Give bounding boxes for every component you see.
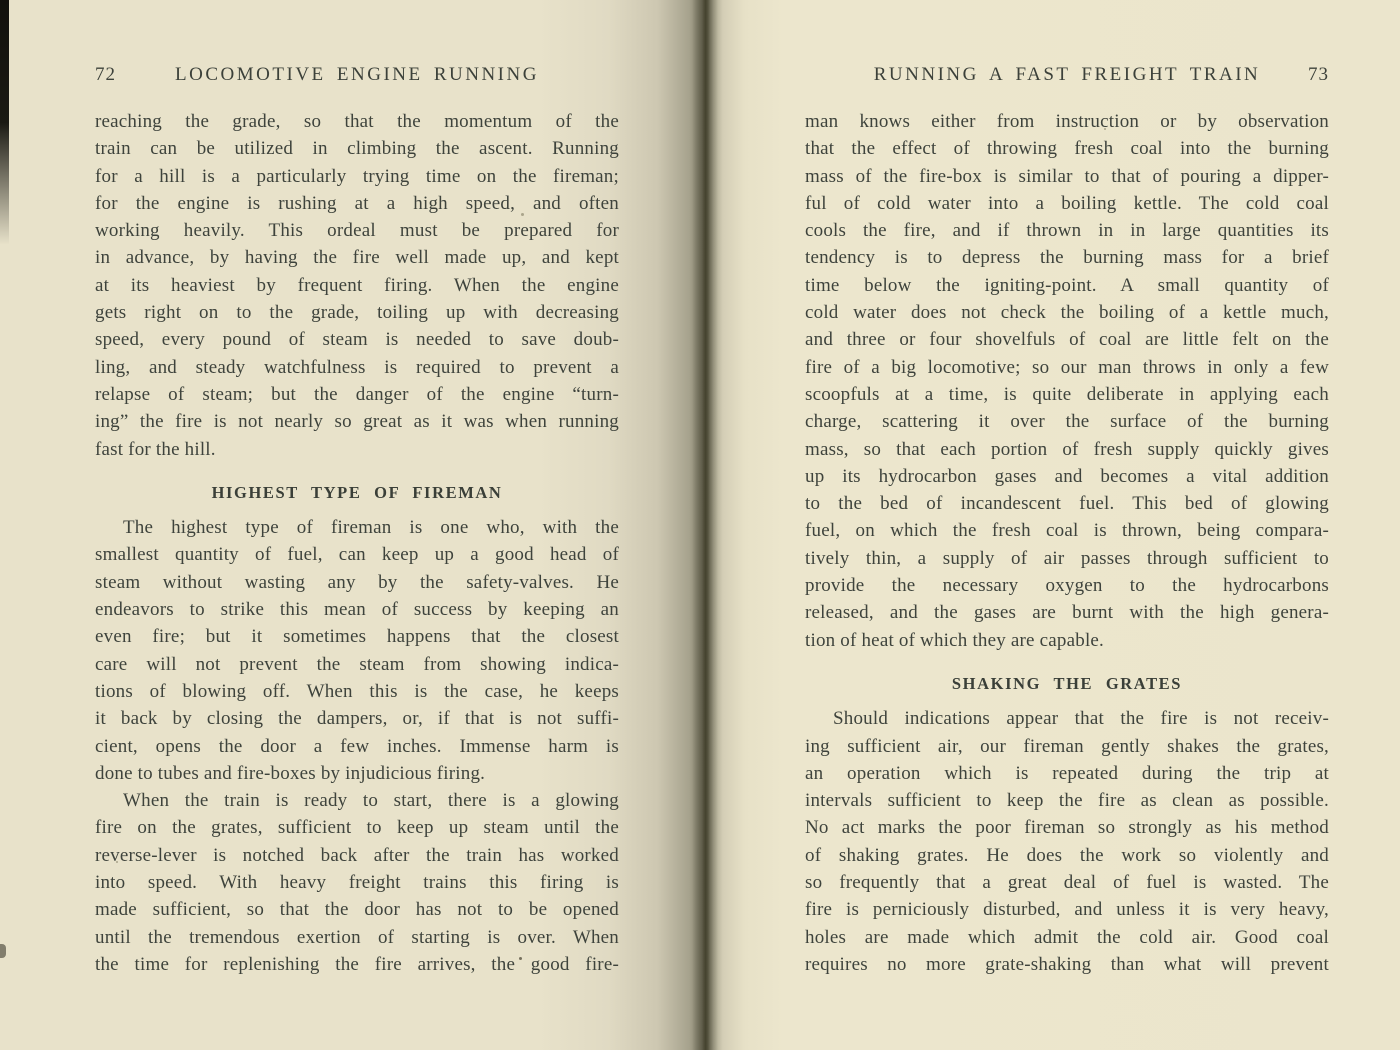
paragraph: When the train is ready to start, there …	[95, 787, 619, 978]
scan-speck	[1104, 128, 1106, 130]
page-number-right: 73	[1308, 62, 1329, 88]
text-line: mass of the fire-box is similar to that …	[805, 163, 1329, 190]
text-line: holes are made which admit the cold air.…	[805, 924, 1329, 951]
text-line: ing” the fire is not nearly so great as …	[95, 408, 619, 435]
text-line: to the bed of incandescent fuel. This be…	[805, 490, 1329, 517]
text-line: man knows either from instruction or by …	[805, 108, 1329, 135]
text-line: reaching the grade, so that the momentum…	[95, 108, 619, 135]
book-gutter-shadow	[692, 0, 718, 1050]
scan-speck	[521, 213, 524, 216]
page-right: RUNNING A FAST FREIGHT TRAIN 73 man know…	[707, 0, 1400, 1050]
text-line: for a hill is a particularly trying time…	[95, 163, 619, 190]
text-line: tion of heat of which they are capable.	[805, 627, 1329, 654]
text-line: Should indications appear that the fire …	[805, 705, 1329, 732]
paragraph: The highest type of fireman is one who, …	[95, 514, 619, 787]
text-line: care will not prevent the steam from sho…	[95, 651, 619, 678]
text-line: The highest type of fireman is one who, …	[95, 514, 619, 541]
text-line: the time for replenishing the fire arriv…	[95, 951, 619, 978]
text-line: of shaking grates. He does the work so v…	[805, 842, 1329, 869]
page-header-left: 72 LOCOMOTIVE ENGINE RUNNING	[95, 62, 619, 88]
text-line: intervals sufficient to keep the fire as…	[805, 787, 1329, 814]
text-line: tendency is to depress the burning mass …	[805, 244, 1329, 271]
text-line: ful of cold water into a boiling kettle.…	[805, 190, 1329, 217]
text-line: made sufficient, so that the door has no…	[95, 896, 619, 923]
text-line: No act marks the poor fireman so strongl…	[805, 814, 1329, 841]
text-line: speed, every pound of steam is needed to…	[95, 326, 619, 353]
text-line: cient, opens the door a few inches. Imme…	[95, 733, 619, 760]
page-left: 72 LOCOMOTIVE ENGINE RUNNING reaching th…	[0, 0, 707, 1050]
text-line: into speed. With heavy freight trains th…	[95, 869, 619, 896]
text-line: even fire; but it sometimes happens that…	[95, 623, 619, 650]
text-line: mass, so that each portion of fresh supp…	[805, 436, 1329, 463]
running-head-right: RUNNING A FAST FREIGHT TRAIN	[805, 62, 1329, 88]
text-line: released, and the gases are burnt with t…	[805, 599, 1329, 626]
text-line: scoopfuls at a time, is quite deliberate…	[805, 381, 1329, 408]
page-header-right: RUNNING A FAST FREIGHT TRAIN 73	[805, 62, 1329, 88]
running-head-left: LOCOMOTIVE ENGINE RUNNING	[95, 62, 619, 88]
text-line: so frequently that a great deal of fuel …	[805, 869, 1329, 896]
text-line: up its hydrocarbon gases and becomes a v…	[805, 463, 1329, 490]
text-line: for the engine is rushing at a high spee…	[95, 190, 619, 217]
scan-edge-mark	[0, 944, 6, 958]
text-line: train can be utilized in climbing the as…	[95, 135, 619, 162]
text-line: until the tremendous exertion of startin…	[95, 924, 619, 951]
page-body-right: man knows either from instruction or by …	[805, 108, 1329, 978]
text-line: fire is perniciously disturbed, and unle…	[805, 896, 1329, 923]
section-heading: SHAKING THE GRATES	[805, 670, 1329, 697]
text-line: fuel, on which the fresh coal is thrown,…	[805, 517, 1329, 544]
scan-edge-shadow	[0, 0, 9, 245]
book-spread: 72 LOCOMOTIVE ENGINE RUNNING reaching th…	[0, 0, 1400, 1050]
page-number-left: 72	[95, 62, 116, 88]
text-line: fast for the hill.	[95, 436, 619, 463]
text-line: ing sufficient air, our fireman gently s…	[805, 733, 1329, 760]
text-line: reverse-lever is notched back after the …	[95, 842, 619, 869]
text-line: When the train is ready to start, there …	[95, 787, 619, 814]
text-line: it back by closing the dampers, or, if t…	[95, 705, 619, 732]
text-line: in advance, by having the fire well made…	[95, 244, 619, 271]
page-body-left: reaching the grade, so that the momentum…	[95, 108, 619, 978]
text-line: endeavors to strike this mean of success…	[95, 596, 619, 623]
text-line: cools the fire, and if thrown in in larg…	[805, 217, 1329, 244]
text-line: ling, and steady watchfulness is require…	[95, 354, 619, 381]
paragraph: reaching the grade, so that the momentum…	[95, 108, 619, 463]
text-line: tively thin, a supply of air passes thro…	[805, 545, 1329, 572]
text-line: steam without wasting any by the safety-…	[95, 569, 619, 596]
scan-speck	[519, 957, 522, 960]
text-line: relapse of steam; but the danger of the …	[95, 381, 619, 408]
text-line: an operation which is repeated during th…	[805, 760, 1329, 787]
text-line: charge, scattering it over the surface o…	[805, 408, 1329, 435]
text-line: fire of a big locomotive; so our man thr…	[805, 354, 1329, 381]
text-line: working heavily. This ordeal must be pre…	[95, 217, 619, 244]
text-line: that the effect of throwing fresh coal i…	[805, 135, 1329, 162]
text-line: and three or four shovelfuls of coal are…	[805, 326, 1329, 353]
section-heading: HIGHEST TYPE OF FIREMAN	[95, 479, 619, 506]
text-line: requires no more grate-shaking than what…	[805, 951, 1329, 978]
scan-speck	[116, 861, 118, 863]
text-line: done to tubes and fire-boxes by injudici…	[95, 760, 619, 787]
text-line: fire on the grates, sufficient to keep u…	[95, 814, 619, 841]
text-line: smallest quantity of fuel, can keep up a…	[95, 541, 619, 568]
text-line: provide the necessary oxygen to the hydr…	[805, 572, 1329, 599]
paragraph: Should indications appear that the fire …	[805, 705, 1329, 978]
text-line: at its heaviest by frequent firing. When…	[95, 272, 619, 299]
text-line: cold water does not check the boiling of…	[805, 299, 1329, 326]
text-line: time below the igniting-point. A small q…	[805, 272, 1329, 299]
text-line: tions of blowing off. When this is the c…	[95, 678, 619, 705]
text-line: gets right on to the grade, toiling up w…	[95, 299, 619, 326]
paragraph: man knows either from instruction or by …	[805, 108, 1329, 654]
